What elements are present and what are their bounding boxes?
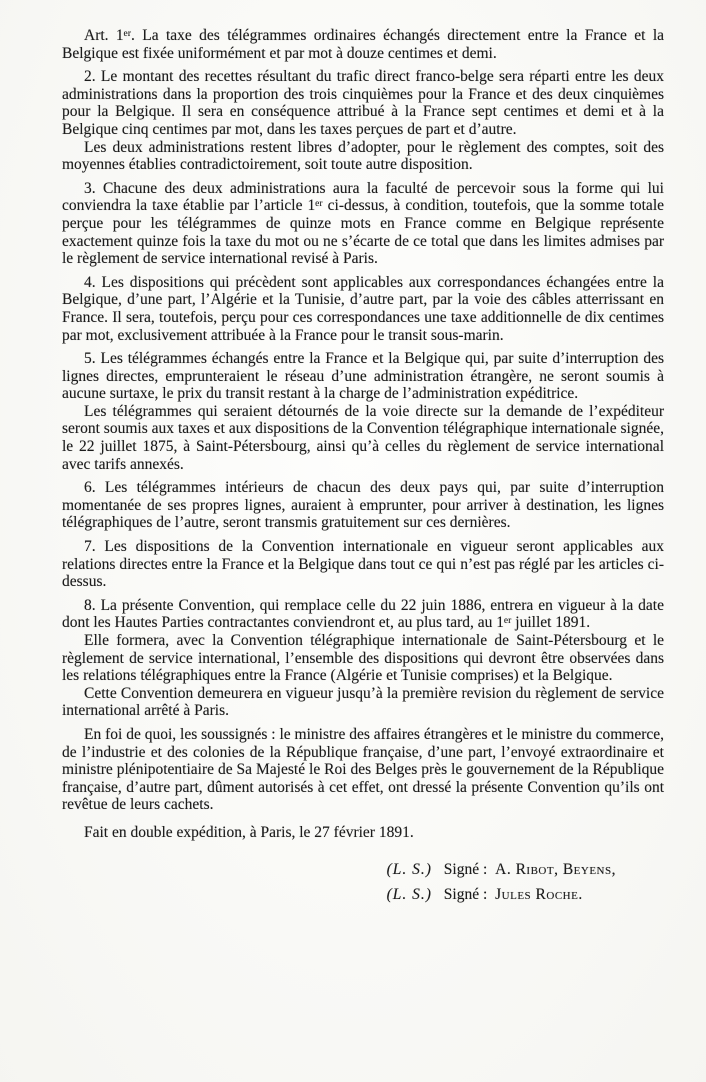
article-2: 2. Le montant des recettes résultant du … — [62, 68, 664, 138]
document-body: Art. 1ᵉʳ. La taxe des télégrammes ordina… — [62, 27, 664, 842]
signature-line-2: (L. S.) Signé : Jules Roche. — [387, 882, 616, 907]
article-1: Art. 1ᵉʳ. La taxe des télégrammes ordina… — [62, 27, 664, 62]
article-6: 6. Les télégrammes intérieurs de chacun … — [62, 479, 664, 532]
seal-mark: (L. S.) — [387, 861, 432, 878]
signature-line-1: (L. S.) Signé : A. Ribot, Beyens, — [387, 857, 616, 882]
article-5: 5. Les télégrammes échangés entre la Fra… — [62, 350, 664, 403]
seal-mark: (L. S.) — [387, 886, 432, 903]
date-line: Fait en double expédition, à Paris, le 2… — [62, 824, 664, 842]
closing-formula: En foi de quoi, les soussignés : le mini… — [62, 726, 664, 814]
article-5-alinea-2: Les télégrammes qui seraient détournés d… — [62, 403, 664, 473]
article-8-alinea-2: Elle formera, avec la Convention télégra… — [62, 632, 664, 685]
signature-block: (L. S.) Signé : A. Ribot, Beyens, (L. S.… — [387, 857, 616, 907]
article-7: 7. Les dispositions de la Convention int… — [62, 538, 664, 591]
signed-label: Signé : — [444, 886, 488, 903]
article-2-alinea-2: Les deux administrations restent libres … — [62, 139, 664, 174]
document-page: Art. 1ᵉʳ. La taxe des télégrammes ordina… — [0, 0, 706, 1082]
article-8: 8. La présente Convention, qui remplace … — [62, 597, 664, 632]
article-4: 4. Les dispositions qui précèdent sont a… — [62, 274, 664, 344]
signed-label: Signé : — [444, 861, 488, 878]
signatory-names: A. Ribot, Beyens, — [495, 861, 616, 878]
signatory-names: Jules Roche. — [495, 886, 583, 903]
article-8-alinea-3: Cette Convention demeurera en vigueur ju… — [62, 685, 664, 720]
article-3: 3. Chacune des deux administrations aura… — [62, 180, 664, 268]
